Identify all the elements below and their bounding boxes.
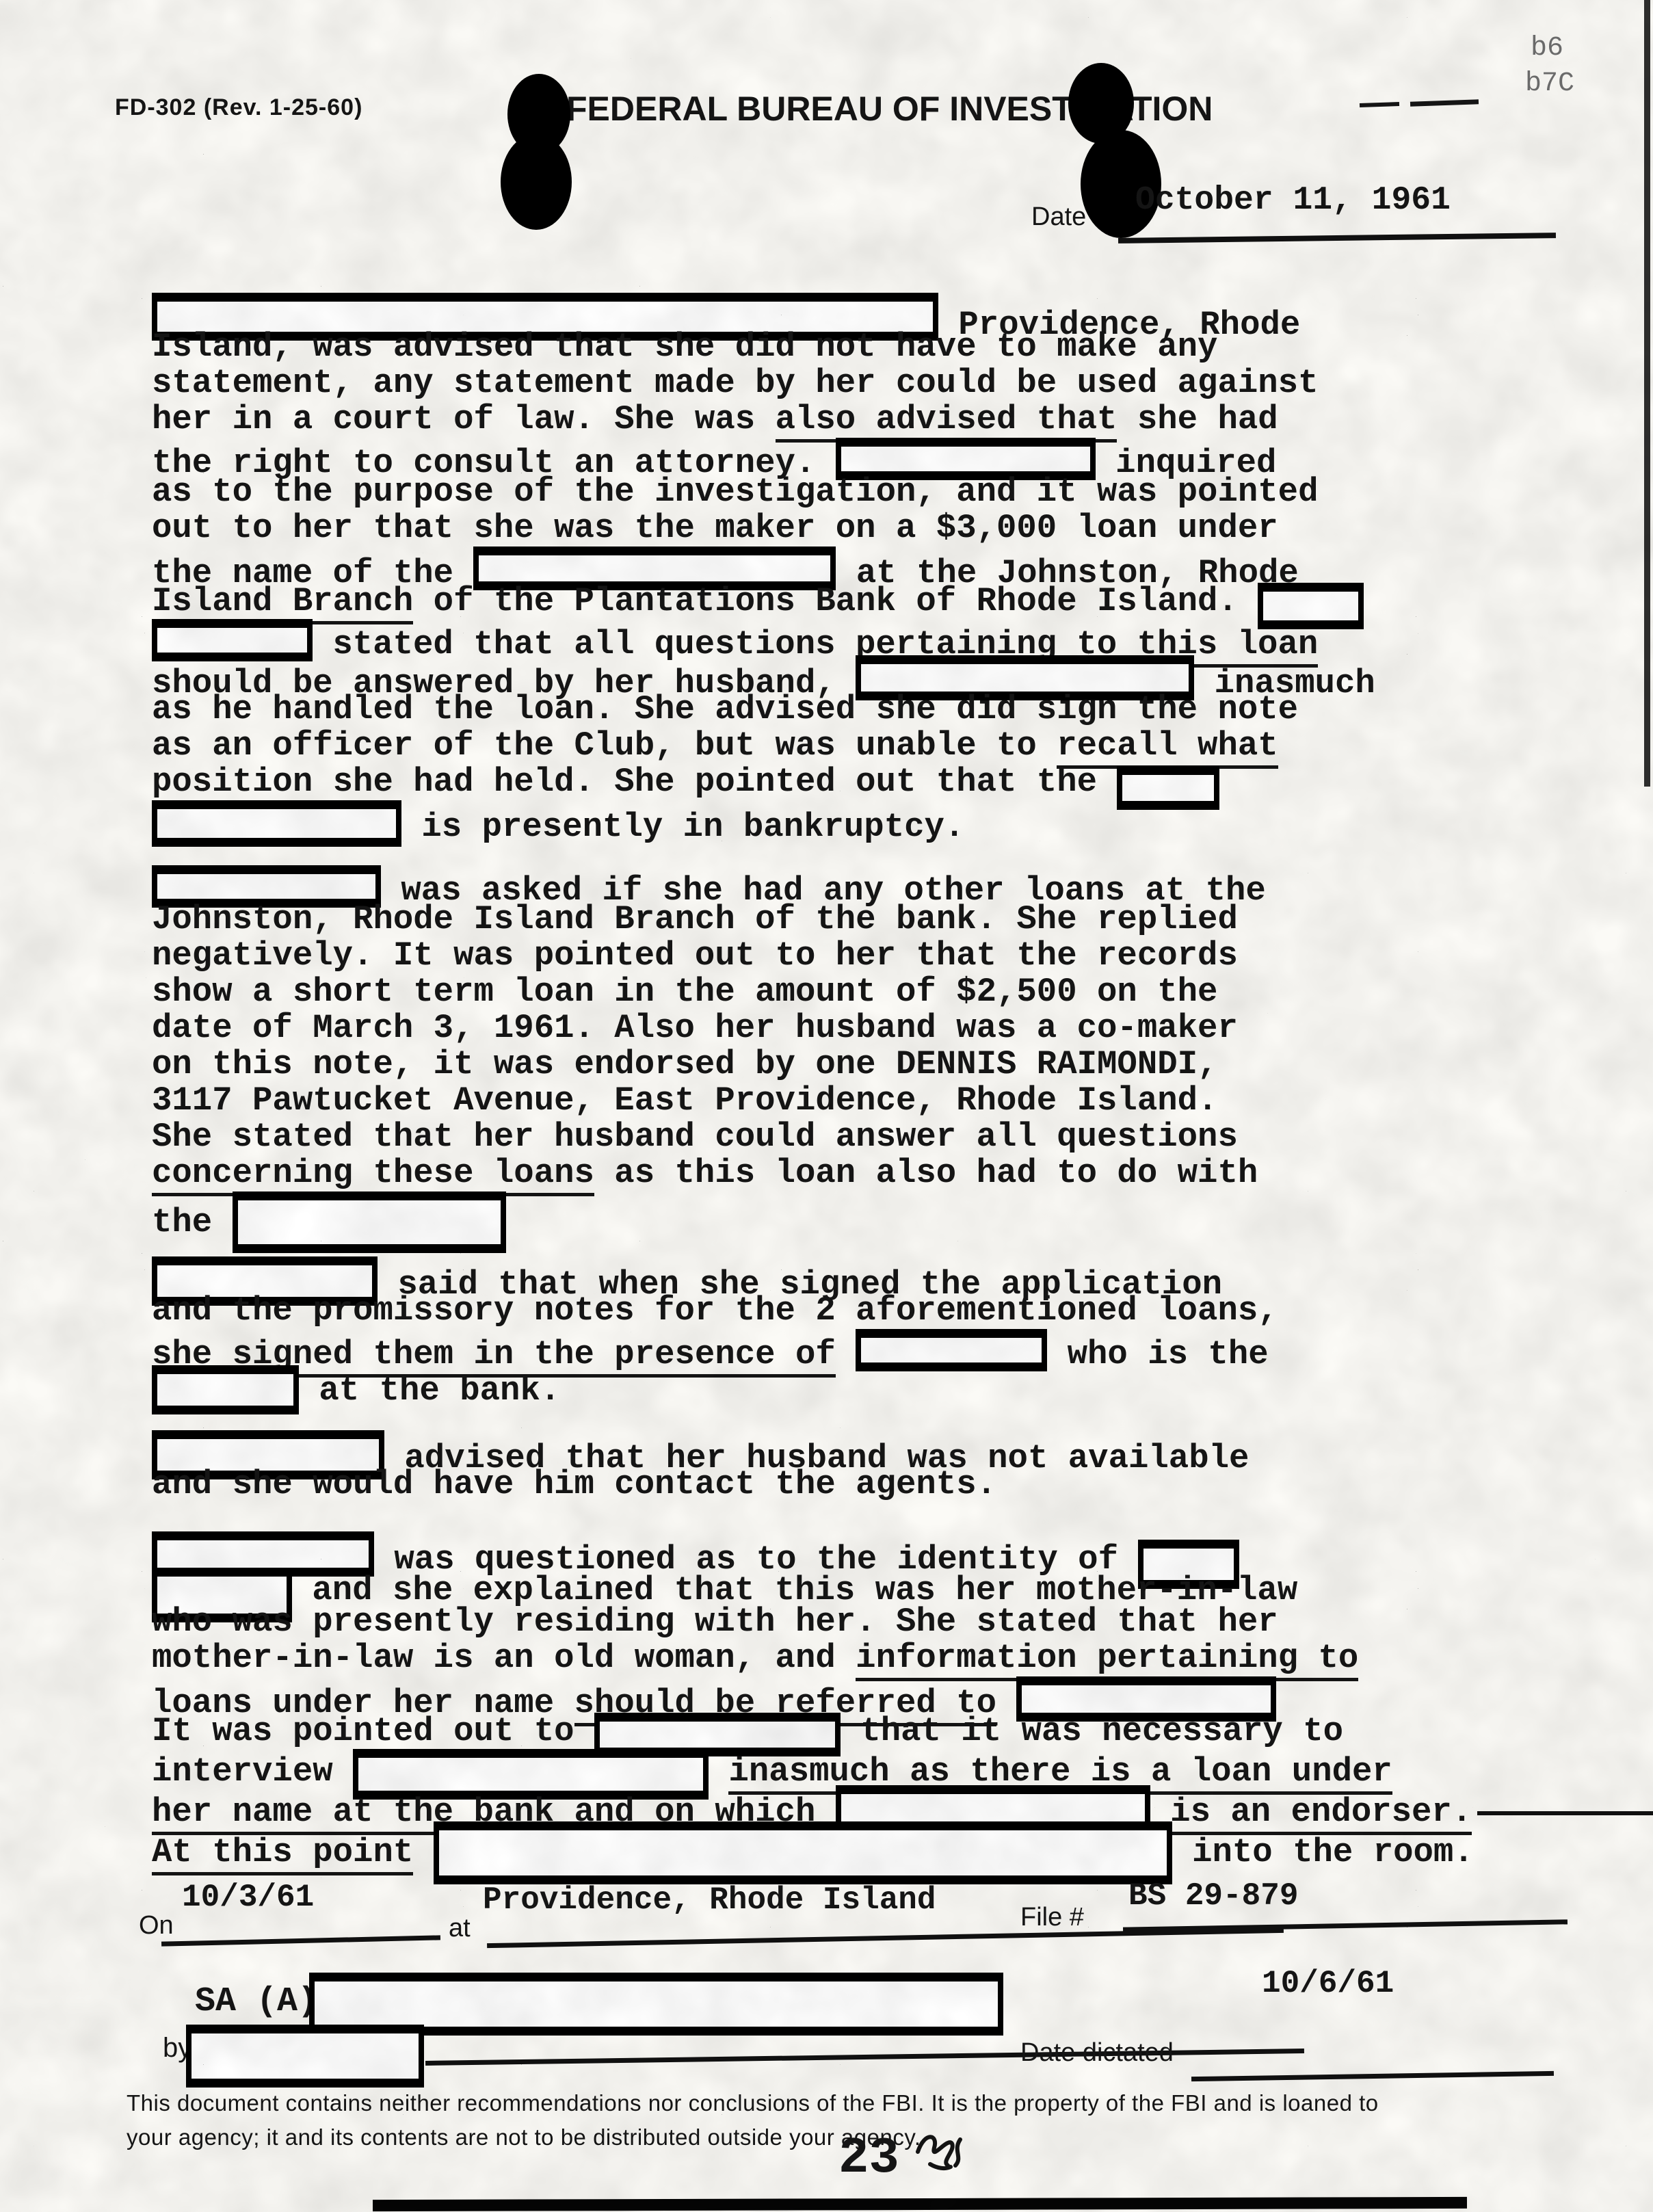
text-run: who is the <box>1047 1335 1268 1373</box>
text-line: she signed them in the presence of who i… <box>152 1329 1397 1365</box>
text-line: show a short term loan in the amount of … <box>152 974 1397 1010</box>
text-run: concerning these loans <box>152 1154 594 1196</box>
text-run: the <box>152 1203 233 1241</box>
text-run: show a short term loan in the amount of … <box>152 973 1217 1011</box>
pen-rule <box>1477 1811 1653 1815</box>
text-line: loans under her name should be referred … <box>152 1676 1397 1713</box>
text-line: as to the purpose of the investigation, … <box>152 474 1397 510</box>
text-run: of the Plantations Bank of Rhode Island. <box>413 582 1258 620</box>
text-run: out to her that she was the maker on a $… <box>152 509 1278 547</box>
redaction-box <box>1117 766 1219 810</box>
text-run: also advised that <box>776 400 1118 443</box>
text-line: Providence, Rhode <box>152 293 1397 329</box>
text-line: Island, was advised that she did not hav… <box>152 329 1397 365</box>
text-line: was questioned as to the identity of <box>152 1531 1397 1568</box>
redaction-box <box>152 800 401 847</box>
form-line <box>1123 1919 1568 1932</box>
classification-code-b6: b6 <box>1531 33 1563 64</box>
date-label: Date <box>1031 202 1086 232</box>
form-number: FD-302 (Rev. 1-25-60) <box>115 94 362 121</box>
redaction-box <box>233 1191 506 1253</box>
document-body: Providence, RhodeIsland, was advised tha… <box>152 293 1397 1858</box>
text-run: position she had held. She pointed out t… <box>152 763 1117 801</box>
text-run <box>413 1833 433 1871</box>
text-run: It was pointed out to <box>152 1712 594 1750</box>
text-line: the <box>152 1191 1397 1228</box>
text-run: into the room. <box>1192 1833 1474 1871</box>
text-run: 3117 Pawtucket Avenue, East Providence, … <box>152 1081 1217 1120</box>
date-dictated-label: Date dictated <box>1020 2038 1174 2068</box>
text-run: as to the purpose of the investigation, … <box>152 473 1318 511</box>
text-line: position she had held. She pointed out t… <box>152 764 1397 800</box>
text-line: It was pointed out to that it was necess… <box>152 1713 1397 1749</box>
redaction-box <box>434 1821 1172 1884</box>
text-run <box>1172 1833 1192 1871</box>
date-value: October 11, 1961 <box>1135 182 1451 219</box>
pen-dash <box>1410 99 1479 106</box>
scan-edge-bar <box>373 2197 1467 2211</box>
text-line: and she explained that this was her moth… <box>152 1568 1397 1604</box>
text-line: the name of the at the Johnston, Rhode <box>152 547 1397 583</box>
text-line: should be answered by her husband, inasm… <box>152 655 1397 692</box>
text-run: as he handled the loan. She advised she … <box>152 690 1298 728</box>
fd302-scan-page: FD-302 (Rev. 1-25-60) FEDERAL BUREAU OF … <box>0 0 1653 2212</box>
paragraph: advised that her husband was not availab… <box>152 1430 1397 1503</box>
text-line: on this note, it was endorsed by one DEN… <box>152 1046 1397 1083</box>
redaction-box <box>856 1329 1047 1371</box>
scan-edge-strip <box>1644 0 1650 787</box>
text-line: date of March 3, 1961. Also her husband … <box>152 1010 1397 1046</box>
text-run: At this point <box>152 1833 413 1875</box>
text-run: at the bank. <box>299 1371 560 1410</box>
disclaimer-line-1: This document contains neither recommend… <box>127 2090 1379 2116</box>
text-run: who was presently residing with her. She… <box>152 1603 1278 1641</box>
text-line: who was presently residing with her. She… <box>152 1604 1397 1640</box>
agent-prefix: SA (A) <box>195 1982 318 2021</box>
text-line: advised that her husband was not availab… <box>152 1430 1397 1466</box>
disclaimer-line-2: your agency; it and its contents are not… <box>127 2124 921 2150</box>
text-line: as an officer of the Club, but was unabl… <box>152 728 1397 764</box>
text-line: her in a court of law. She was also advi… <box>152 401 1397 438</box>
text-run <box>836 1335 856 1373</box>
text-run: statement, any statement made by her cou… <box>152 364 1318 402</box>
text-run: as this loan also had to do with <box>594 1154 1258 1192</box>
text-run: date of March 3, 1961. Also her husband … <box>152 1009 1238 1047</box>
text-line: said that when she signed the applicatio… <box>152 1256 1397 1293</box>
date-dictated-value: 10/6/61 <box>1262 1966 1394 2001</box>
text-line: Johnston, Rhode Island Branch of the ban… <box>152 901 1397 938</box>
paragraph: said that when she signed the applicatio… <box>152 1256 1397 1401</box>
paragraph: was questioned as to the identity of and… <box>152 1531 1397 1858</box>
text-line: and the promissory notes for the 2 afore… <box>152 1293 1397 1329</box>
text-run: and the promissory notes for the 2 afore… <box>152 1291 1278 1330</box>
text-line: negatively. It was pointed out to her th… <box>152 938 1397 974</box>
text-line: mother-in-law is an old woman, and infor… <box>152 1640 1397 1676</box>
redaction-box <box>186 2025 424 2088</box>
at-label: at <box>449 1914 471 1943</box>
file-number-value: BS 29-879 <box>1128 1878 1298 1914</box>
text-run: her in a court of law. She was <box>152 400 776 438</box>
paragraph: Providence, RhodeIsland, was advised tha… <box>152 293 1397 837</box>
text-line: She stated that her husband could answer… <box>152 1119 1397 1155</box>
at-value: Providence, Rhode Island <box>483 1882 936 1918</box>
ink-blob <box>501 134 572 230</box>
text-run: Johnston, Rhode Island Branch of the ban… <box>152 900 1238 938</box>
text-run: as an officer of the Club, but was unabl… <box>152 726 1057 765</box>
text-line: as he handled the loan. She advised she … <box>152 692 1397 728</box>
form-line <box>1191 2071 1554 2081</box>
text-line: her name at the bank and on which is an … <box>152 1785 1397 1821</box>
text-line: Island Branch of the Plantations Bank of… <box>152 583 1397 619</box>
text-line: concerning these loans as this loan also… <box>152 1155 1397 1191</box>
text-line: At this point into the room. <box>152 1821 1397 1858</box>
date-underline <box>1118 233 1556 243</box>
on-label: On <box>139 1911 174 1940</box>
text-line: statement, any statement made by her cou… <box>152 365 1397 401</box>
text-run: and she would have him contact the agent… <box>152 1465 996 1503</box>
text-line: stated that all questions pertaining to … <box>152 619 1397 655</box>
form-line <box>161 1935 440 1946</box>
text-line: out to her that she was the maker on a $… <box>152 510 1397 547</box>
text-run: mother-in-law is an old woman, and <box>152 1639 856 1677</box>
text-run: negatively. It was pointed out to her th… <box>152 936 1238 975</box>
text-run: Island Branch <box>152 582 413 624</box>
text-run: Island, was advised that she did not hav… <box>152 328 1217 366</box>
paragraph: was asked if she had any other loans at … <box>152 865 1397 1228</box>
on-value: 10/3/61 <box>182 1880 314 1915</box>
text-run: on this note, it was endorsed by one DEN… <box>152 1045 1217 1083</box>
text-line: was asked if she had any other loans at … <box>152 865 1397 901</box>
text-run: that it was necessary to <box>841 1712 1343 1750</box>
text-run: is presently in bankruptcy. <box>401 808 964 846</box>
classification-code-b7c: b7C <box>1525 68 1574 99</box>
page-number: 23 <box>838 2130 899 2187</box>
file-number-label: File # <box>1020 1903 1084 1932</box>
text-line: the right to consult an attorney. inquir… <box>152 438 1397 474</box>
redaction-box <box>152 1365 299 1414</box>
pen-scribble <box>910 2123 978 2178</box>
text-run: she had <box>1117 400 1278 438</box>
text-line: 3117 Pawtucket Avenue, East Providence, … <box>152 1083 1397 1119</box>
text-run: She stated that her husband could answer… <box>152 1118 1238 1156</box>
text-line: interview inasmuch as there is a loan un… <box>152 1749 1397 1785</box>
pen-dash <box>1360 102 1399 107</box>
text-run: information pertaining to <box>856 1639 1358 1681</box>
